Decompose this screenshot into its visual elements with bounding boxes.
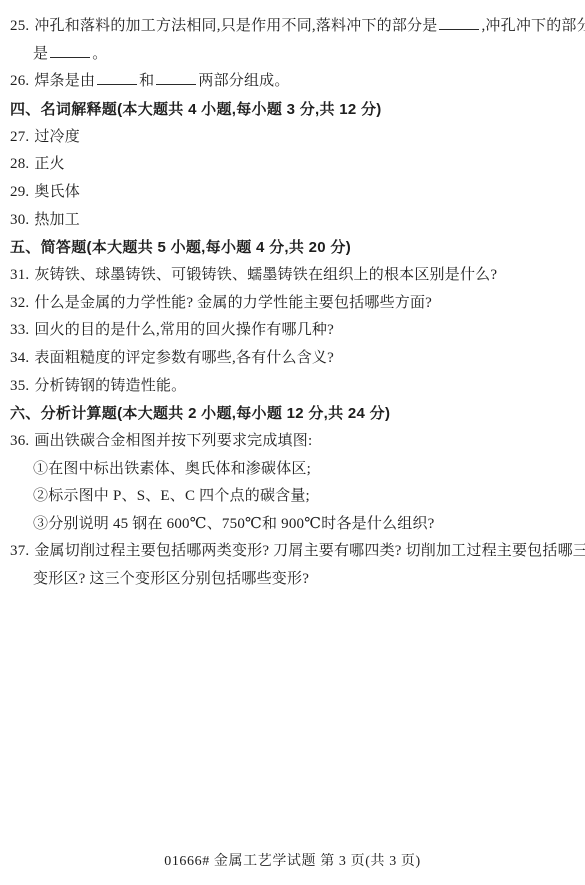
question-28: 28.正火	[10, 151, 579, 179]
question-number: 28.	[10, 151, 29, 179]
question-text: 是	[33, 46, 48, 62]
question-number: 25.	[10, 13, 29, 41]
question-text: ,冲孔冲下的部分	[481, 18, 585, 34]
question-text: 表面粗糙度的评定参数有哪些,各有什么含义?	[34, 350, 334, 366]
question-37-line-2: 变形区? 这三个变形区分别包括哪些变形?	[10, 566, 579, 594]
question-text: 奥氏体	[34, 184, 80, 200]
question-text: 焊条是由	[34, 73, 95, 89]
question-text: 金属切削过程主要包括哪两类变形? 刀屑主要有哪四类? 切削加工过程主要包括哪三个	[34, 543, 585, 559]
fill-blank	[156, 70, 196, 85]
fill-blank	[439, 15, 479, 30]
page-footer: 01666# 金属工艺学试题 第 3 页(共 3 页)	[0, 850, 585, 870]
question-text: 正火	[34, 156, 64, 172]
question-number: 32.	[10, 290, 29, 318]
question-text: 回火的目的是什么,常用的回火操作有哪几种?	[34, 322, 334, 338]
question-number: 29.	[10, 179, 29, 207]
question-number: 30.	[10, 207, 29, 235]
question-number: 27.	[10, 124, 29, 152]
question-32: 32.什么是金属的力学性能? 金属的力学性能主要包括哪些方面?	[10, 290, 579, 318]
question-text: 两部分组成。	[198, 73, 289, 89]
section-heading-5: 五、简答题(本大题共 5 小题,每小题 4 分,共 20 分)	[10, 234, 579, 262]
question-text: 灰铸铁、球墨铸铁、可锻铸铁、蠕墨铸铁在组织上的根本区别是什么?	[34, 267, 497, 283]
question-25-line-1: 25.冲孔和落料的加工方法相同,只是作用不同,落料冲下的部分是,冲孔冲下的部分	[10, 13, 579, 41]
question-number: 37.	[10, 538, 29, 566]
question-36-subitem-2: ②标示图中 P、S、E、C 四个点的碳含量;	[10, 483, 579, 511]
question-29: 29.奥氏体	[10, 179, 579, 207]
question-number: 33.	[10, 317, 29, 345]
question-text: 什么是金属的力学性能? 金属的力学性能主要包括哪些方面?	[34, 295, 432, 311]
question-number: 34.	[10, 345, 29, 373]
question-text: 分析铸钢的铸造性能。	[34, 378, 186, 394]
question-text: 热加工	[34, 212, 80, 228]
section-heading-6: 六、分析计算题(本大题共 2 小题,每小题 12 分,共 24 分)	[10, 400, 579, 428]
question-text: 和	[139, 73, 154, 89]
question-37-line-1: 37.金属切削过程主要包括哪两类变形? 刀屑主要有哪四类? 切削加工过程主要包括…	[10, 538, 579, 566]
question-26: 26.焊条是由和两部分组成。	[10, 68, 579, 96]
question-31: 31.灰铸铁、球墨铸铁、可锻铸铁、蠕墨铸铁在组织上的根本区别是什么?	[10, 262, 579, 290]
question-36-subitem-1: ①在图中标出铁素体、奥氏体和渗碳体区;	[10, 456, 579, 484]
question-33: 33.回火的目的是什么,常用的回火操作有哪几种?	[10, 317, 579, 345]
question-text: 。	[92, 46, 107, 62]
question-34: 34.表面粗糙度的评定参数有哪些,各有什么含义?	[10, 345, 579, 373]
question-25-line-2: 是。	[10, 41, 579, 69]
exam-page: 25.冲孔和落料的加工方法相同,只是作用不同,落料冲下的部分是,冲孔冲下的部分 …	[10, 13, 579, 594]
fill-blank	[50, 43, 90, 58]
question-text: 画出铁碳合金相图并按下列要求完成填图:	[34, 433, 312, 449]
fill-blank	[97, 70, 137, 85]
question-number: 36.	[10, 428, 29, 456]
question-35: 35.分析铸钢的铸造性能。	[10, 373, 579, 401]
question-36: 36.画出铁碳合金相图并按下列要求完成填图:	[10, 428, 579, 456]
question-number: 35.	[10, 373, 29, 401]
question-text: 冲孔和落料的加工方法相同,只是作用不同,落料冲下的部分是	[34, 18, 437, 34]
question-number: 26.	[10, 68, 29, 96]
question-text: 过冷度	[34, 129, 80, 145]
question-36-subitem-3: ③分别说明 45 钢在 600℃、750℃和 900℃时各是什么组织?	[10, 511, 579, 539]
question-30: 30.热加工	[10, 207, 579, 235]
question-number: 31.	[10, 262, 29, 290]
section-heading-4: 四、名词解释题(本大题共 4 小题,每小题 3 分,共 12 分)	[10, 96, 579, 124]
question-27: 27.过冷度	[10, 124, 579, 152]
